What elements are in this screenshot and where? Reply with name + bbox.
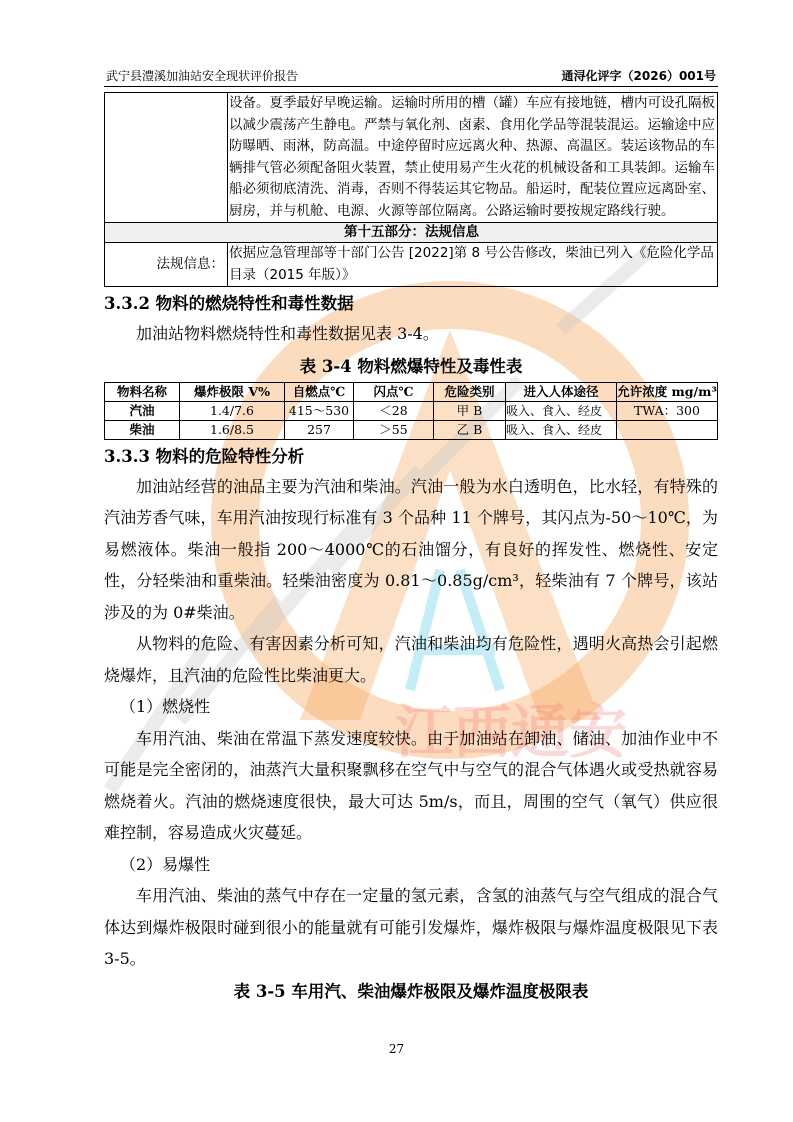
cell: 1.4/7.6 bbox=[180, 401, 285, 420]
transport-row: 设备。夏季最好早晚运输。运输时所用的槽（罐）车应有接地链，槽内可设孔隔板以减少震… bbox=[105, 93, 718, 223]
cell: 甲 B bbox=[434, 401, 506, 420]
cell: 257 bbox=[285, 420, 354, 439]
col-header: 允许浓度 mg/m³ bbox=[617, 382, 718, 401]
col-header: 自燃点℃ bbox=[285, 382, 354, 401]
subheading-explosiveness: （2）易爆性 bbox=[104, 849, 718, 881]
subheading-flammability: （1）燃烧性 bbox=[104, 691, 718, 723]
page-number: 27 bbox=[0, 1042, 793, 1056]
section15-title: 第十五部分：法规信息 bbox=[105, 223, 718, 243]
cell: 柴油 bbox=[105, 420, 180, 439]
table-3-4-caption: 表 3-4 物料燃爆特性及毒性表 bbox=[104, 352, 718, 382]
table-row: 汽油 1.4/7.6 415～530 ＜28 甲 B 吸入、食入、经皮 TWA：… bbox=[105, 401, 718, 420]
regulation-row: 法规信息： 依据应急管理部等十部门公告 [2022]第 8 号公告修改，柴油已列… bbox=[105, 243, 718, 287]
cell: ＜28 bbox=[354, 401, 434, 420]
document-page: 江西通安 武宁县澧溪加油站安全现状评价报告 通浔化评字（2026）001号 设备… bbox=[0, 0, 793, 1122]
page-content: 设备。夏季最好早晚运输。运输时所用的槽（罐）车应有接地链，槽内可设孔隔板以减少震… bbox=[104, 92, 718, 1007]
col-header: 危险类别 bbox=[434, 382, 506, 401]
paragraph-3-3-2: 加油站物料燃烧特性和毒性数据见表 3-4。 bbox=[104, 318, 718, 350]
cell: 吸入、食入、经皮 bbox=[506, 401, 617, 420]
page-header: 武宁县澧溪加油站安全现状评价报告 通浔化评字（2026）001号 bbox=[104, 66, 718, 87]
report-title: 武宁县澧溪加油站安全现状评价报告 bbox=[106, 66, 298, 86]
section15-row: 第十五部分：法规信息 bbox=[105, 223, 718, 243]
paragraph: 加油站经营的油品主要为汽油和柴油。汽油一般为水白透明色，比水轻，有特殊的汽油芳香… bbox=[104, 471, 718, 629]
cell: 415～530 bbox=[285, 401, 354, 420]
cell: 乙 B bbox=[434, 420, 506, 439]
cell: TWA：300 bbox=[617, 401, 718, 420]
table-3-4: 物料名称 爆炸极限 V% 自燃点℃ 闪点℃ 危险类别 进入人体途径 允许浓度 m… bbox=[104, 382, 718, 440]
report-number: 通浔化评字（2026）001号 bbox=[562, 66, 716, 86]
transport-label-cell bbox=[105, 93, 228, 223]
regulation-label: 法规信息： bbox=[105, 243, 228, 287]
table-row: 柴油 1.6/8.5 257 ＞55 乙 B 吸入、食入、经皮 bbox=[105, 420, 718, 439]
col-header: 爆炸极限 V% bbox=[180, 382, 285, 401]
transport-text: 设备。夏季最好早晚运输。运输时所用的槽（罐）车应有接地链，槽内可设孔隔板以减少震… bbox=[228, 93, 718, 223]
cell: 汽油 bbox=[105, 401, 180, 420]
msds-table: 设备。夏季最好早晚运输。运输时所用的槽（罐）车应有接地链，槽内可设孔隔板以减少震… bbox=[104, 92, 718, 287]
paragraph: 车用汽油、柴油的蒸气中存在一定量的氢元素，含氢的油蒸气与空气组成的混合气体达到爆… bbox=[104, 880, 718, 975]
col-header: 物料名称 bbox=[105, 382, 180, 401]
cell bbox=[617, 420, 718, 439]
col-header: 进入人体途径 bbox=[506, 382, 617, 401]
heading-3-3-2: 3.3.2 物料的燃烧特性和毒性数据 bbox=[104, 290, 718, 318]
paragraph: 车用汽油、柴油在常温下蒸发速度较快。由于加油站在卸油、储油、加油作业中不可能是完… bbox=[104, 723, 718, 849]
cell: 1.6/8.5 bbox=[180, 420, 285, 439]
col-header: 闪点℃ bbox=[354, 382, 434, 401]
cell: ＞55 bbox=[354, 420, 434, 439]
heading-3-3-3: 3.3.3 物料的危险特性分析 bbox=[104, 443, 718, 471]
cell: 吸入、食入、经皮 bbox=[506, 420, 617, 439]
table-header-row: 物料名称 爆炸极限 V% 自燃点℃ 闪点℃ 危险类别 进入人体途径 允许浓度 m… bbox=[105, 382, 718, 401]
table-3-5-caption: 表 3-5 车用汽、柴油爆炸极限及爆炸温度极限表 bbox=[104, 977, 718, 1007]
regulation-text: 依据应急管理部等十部门公告 [2022]第 8 号公告修改，柴油已列入《危险化学… bbox=[228, 243, 718, 287]
paragraph: 从物料的危险、有害因素分析可知，汽油和柴油均有危险性，遇明火高热会引起燃烧爆炸，… bbox=[104, 628, 718, 691]
